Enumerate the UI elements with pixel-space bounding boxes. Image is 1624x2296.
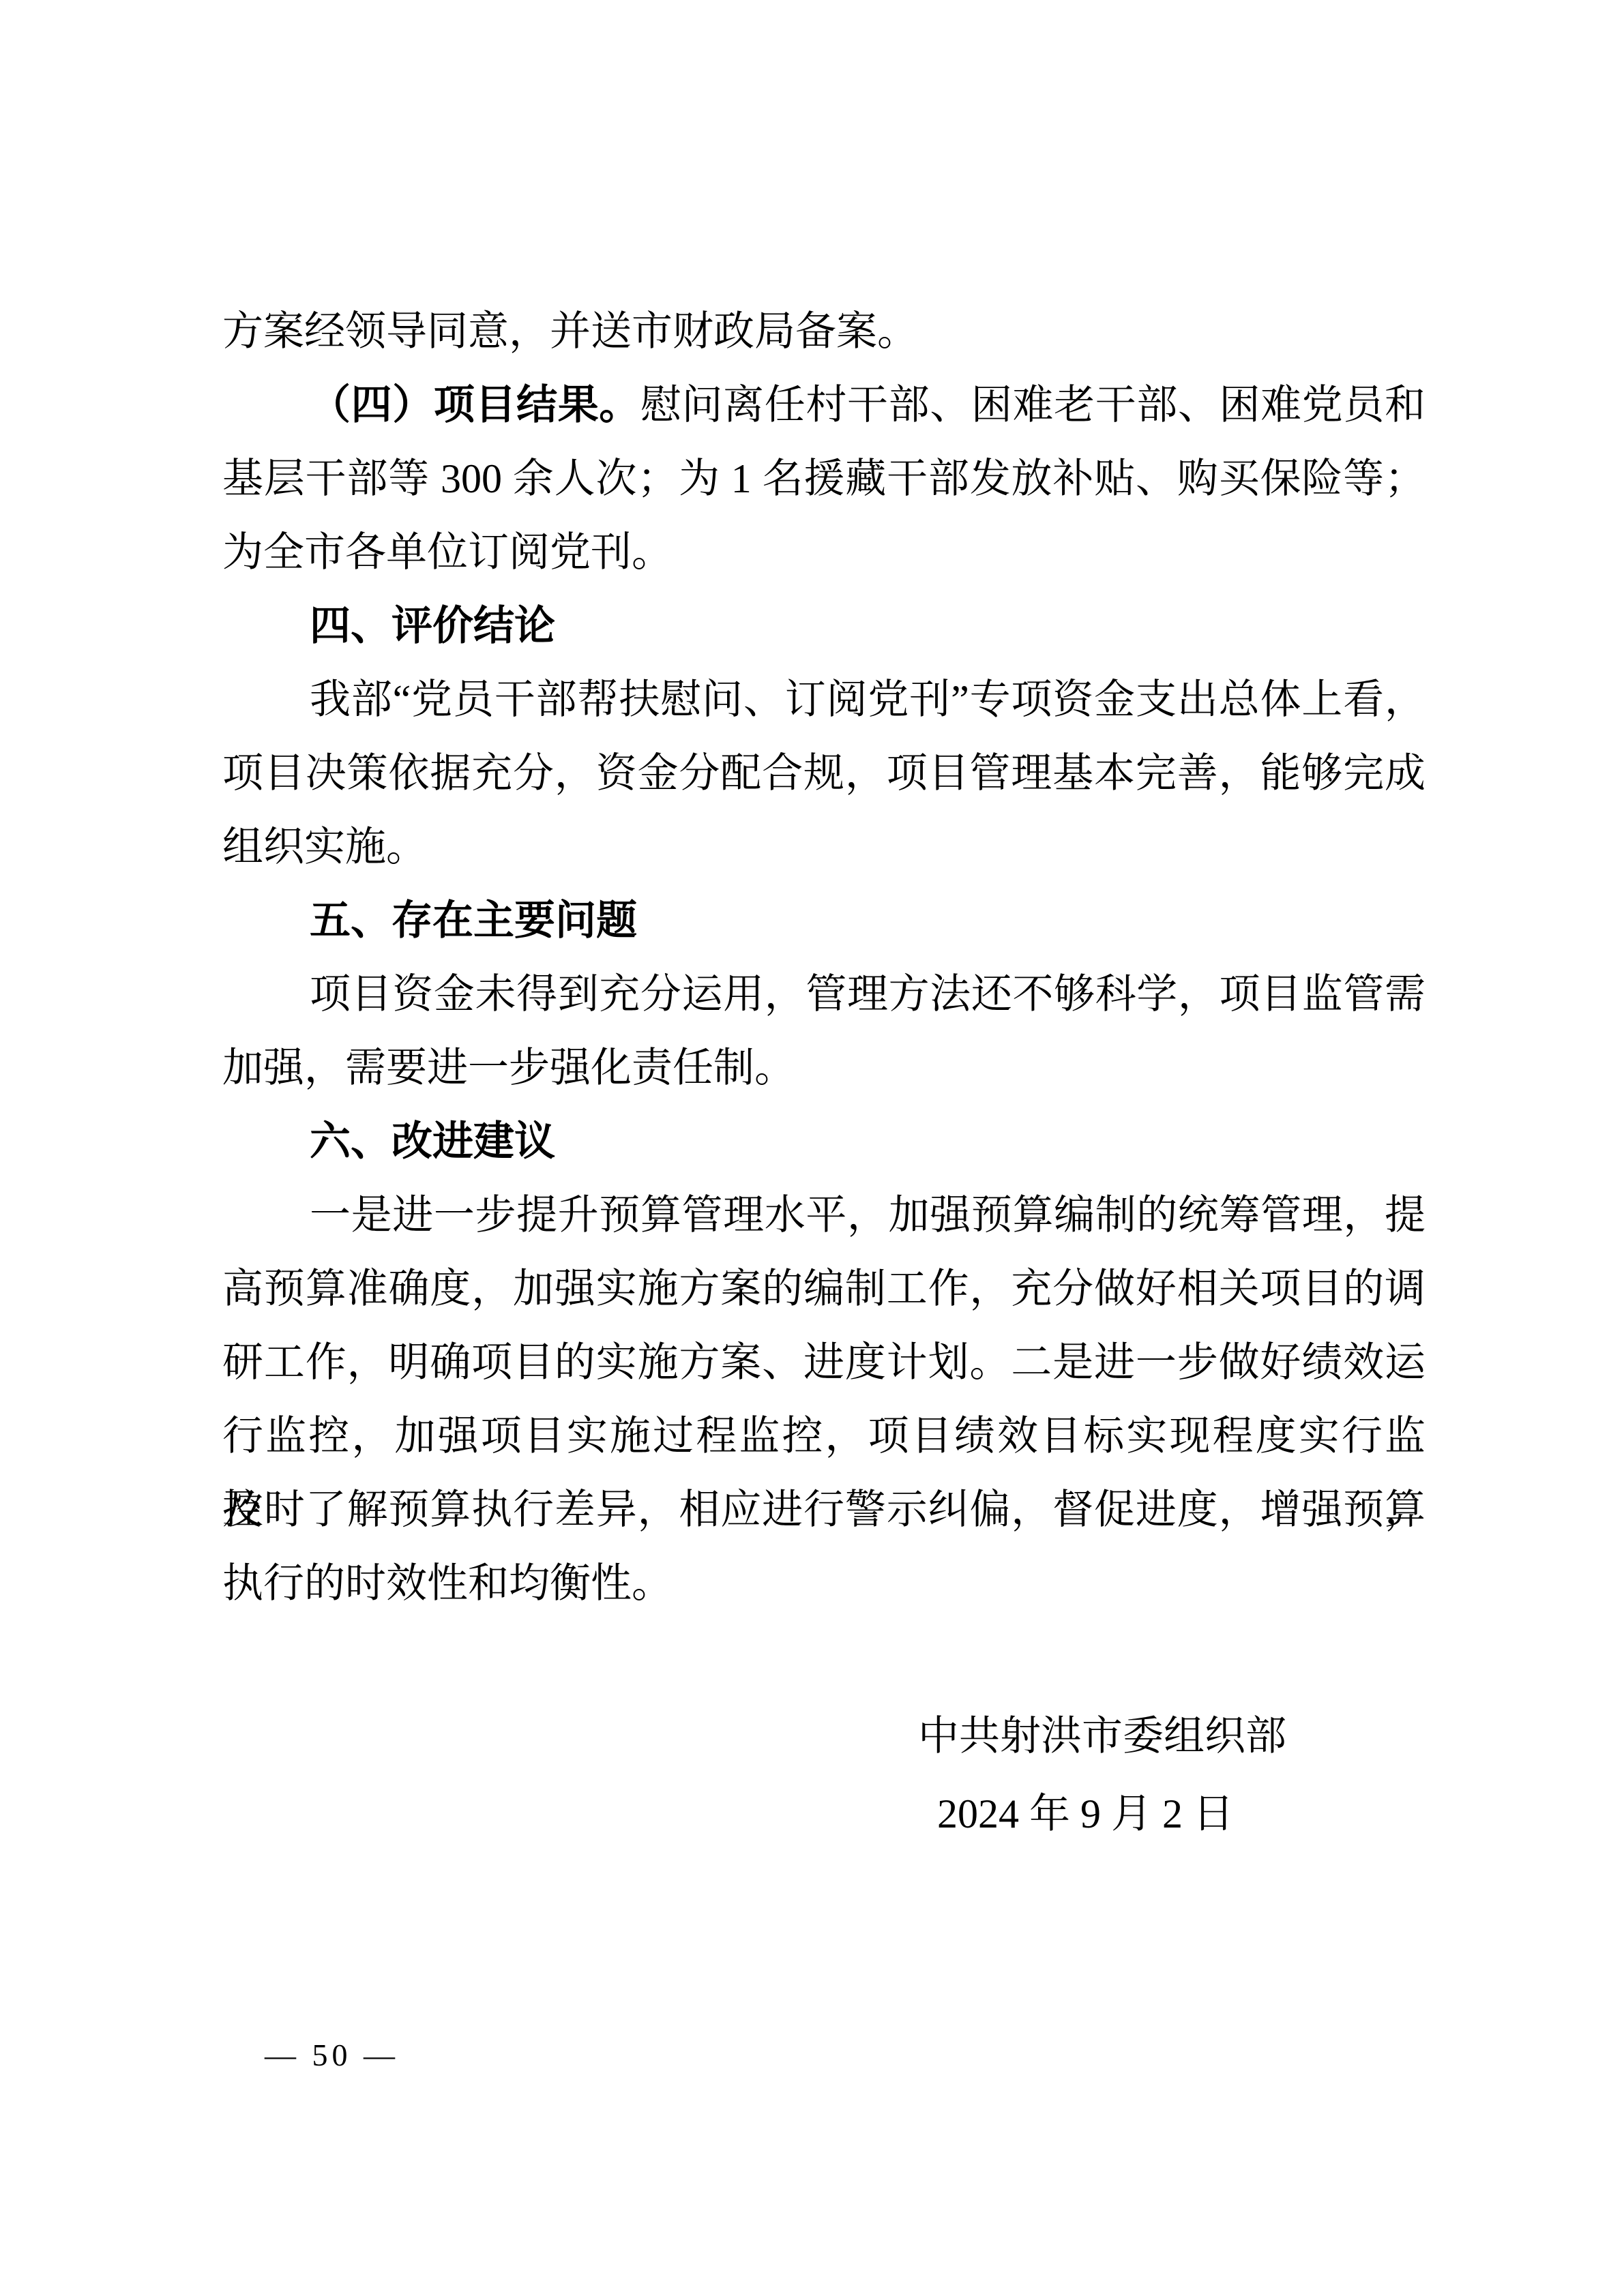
paragraph-line: 我部“党员干部帮扶慰问、订阅党刊”专项资金支出总体上看， — [222, 663, 1426, 736]
paragraph-line: 为全市各单位订阅党刊。 — [222, 516, 1426, 589]
paragraph-line: 组织实施。 — [222, 810, 1426, 884]
paragraph-line: 方案经领导同意，并送市财政局备案。 — [222, 295, 1426, 368]
paragraph-text: 慰问离任村干部、困难老干部、困难党员和 — [640, 383, 1426, 428]
page-number: — 50 — — [265, 2035, 399, 2076]
document-page: 方案经领导同意，并送市财政局备案。 （四）项目结果。慰问离任村干部、困难老干部、… — [0, 0, 1624, 2296]
paragraph-line: 加强，需要进一步强化责任制。 — [222, 1031, 1426, 1105]
paragraph-line: 基层干部等 300 余人次；为 1 名援藏干部发放补贴、购买保险等； — [222, 442, 1426, 516]
signature-date: 2024 年 9 月 2 日 — [937, 1777, 1234, 1851]
paragraph-line: 一是进一步提升预算管理水平，加强预算编制的统筹管理，提 — [222, 1178, 1426, 1252]
paragraph-line: （四）项目结果。慰问离任村干部、困难老干部、困难党员和 — [222, 368, 1426, 442]
paragraph-line: 项目决策依据充分，资金分配合规，项目管理基本完善，能够完成 — [222, 736, 1426, 810]
signature-organization: 中共射洪市委组织部 — [918, 1699, 1286, 1773]
section-heading-main-problems: 五、存在主要问题 — [222, 884, 1426, 957]
paragraph-line: 行监控，加强项目实施过程监控，项目绩效目标实现程度实行监控， — [222, 1399, 1426, 1473]
paragraph-line: 研工作，明确项目的实施方案、进度计划。二是进一步做好绩效运 — [222, 1326, 1426, 1399]
paragraph-line: 项目资金未得到充分运用，管理方法还不够科学，项目监管需 — [222, 957, 1426, 1031]
section-heading-improvement-suggestions: 六、改进建议 — [222, 1105, 1426, 1178]
sub-heading-project-results: （四）项目结果。 — [310, 383, 640, 428]
paragraph-line: 执行的时效性和均衡性。 — [222, 1547, 1426, 1620]
paragraph-line: 高预算准确度，加强实施方案的编制工作，充分做好相关项目的调 — [222, 1252, 1426, 1326]
section-heading-evaluation-conclusion: 四、评价结论 — [222, 589, 1426, 663]
paragraph-line: 及时了解预算执行差异，相应进行警示纠偏，督促进度，增强预算 — [222, 1473, 1426, 1547]
